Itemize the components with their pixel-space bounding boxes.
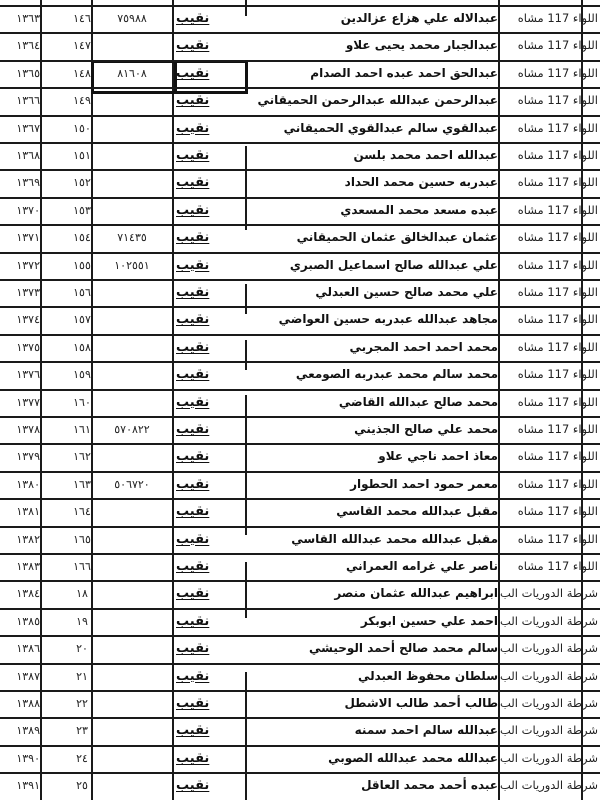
rank: نقيب [174, 197, 236, 224]
rank: نقيب [174, 5, 236, 32]
roster-table: ١٣٦٣ ١٤٦ ٧٥٩٨٨ نقيب عبدالاله علي هزاع عز… [0, 0, 600, 800]
seq-total: ١٣٧٨ [2, 416, 40, 443]
person-name: ابراهيم عبدالله عثمان منصر [250, 580, 500, 607]
seq-total: ١٣٧١ [2, 224, 40, 251]
person-name: مجاهد عبدالله عبدربه حسين العواضي [250, 306, 500, 333]
rank: نقيب [174, 608, 236, 635]
seq-total: ١٣٧٥ [2, 334, 40, 361]
unit-name: اللواء 117 مشاه [500, 498, 600, 525]
table-row: ١٣٦٣ ١٤٦ ٧٥٩٨٨ نقيب عبدالاله علي هزاع عز… [0, 5, 600, 32]
person-name: عبدالجبار محمد يحيى علاو [250, 32, 500, 59]
military-number [92, 717, 172, 744]
rank: نقيب [174, 87, 236, 114]
seq-total: ١٣٨١ [2, 498, 40, 525]
military-number [92, 334, 172, 361]
person-name: معمر حمود احمد الحطوار [250, 471, 500, 498]
unit-name: اللواء 117 مشاه [500, 142, 600, 169]
seq-total: ١٣٦٥ [2, 60, 40, 87]
table-row: ١٣٦٨ ١٥١ نقيب عبدالله احمد محمد بلسن الل… [0, 142, 600, 169]
person-name: علي عبدالله صالح اسماعيل الصبري [250, 252, 500, 279]
seq-total: ١٣٨٧ [2, 663, 40, 690]
person-name: ناصر علي غرامه العمراني [250, 553, 500, 580]
rank: نقيب [174, 498, 236, 525]
military-number: ١٠٢٥٥١ [92, 252, 172, 279]
table-row: ١٣٧٠ ١٥٣ نقيب عبده مسعد محمد المسعدي الل… [0, 197, 600, 224]
military-number: ٥٧٠٨٢٢ [92, 416, 172, 443]
table-row: ١٣٧٣ ١٥٦ نقيب علي محمد صالح حسين العبدلي… [0, 279, 600, 306]
person-name: سالم محمد صالح أحمد الوحيشي [250, 635, 500, 662]
military-number [92, 608, 172, 635]
seq-total: ١٣٧٢ [2, 252, 40, 279]
rank: نقيب [174, 690, 236, 717]
seq-total: ١٣٨٨ [2, 690, 40, 717]
military-number [92, 526, 172, 553]
person-name: مقبل عبدالله محمد القاسي [250, 498, 500, 525]
seq-total: ١٣٧٩ [2, 443, 40, 470]
rank: نقيب [174, 279, 236, 306]
military-number [92, 690, 172, 717]
person-name: محمد علي صالح الجذيني [250, 416, 500, 443]
seq-total: ١٣٨٣ [2, 553, 40, 580]
military-number: ٥٠٦٧٢٠ [92, 471, 172, 498]
person-name: عبدربه حسين محمد الحداد [250, 169, 500, 196]
table-row: ١٣٧٦ ١٥٩ نقيب محمد سالم محمد عبدربه الصو… [0, 361, 600, 388]
table-row: ١٣٧٤ ١٥٧ نقيب مجاهد عبدالله عبدربه حسين … [0, 306, 600, 333]
table-row: ١٣٧٧ ١٦٠ نقيب محمد صالح عبدالله القاضي ا… [0, 389, 600, 416]
unit-name: اللواء 117 مشاه [500, 334, 600, 361]
person-name: عبده أحمد محمد العاقل [250, 772, 500, 799]
rank: نقيب [174, 224, 236, 251]
person-name: عبدالله سالم احمد سمنه [250, 717, 500, 744]
unit-name: اللواء 117 مشاه [500, 471, 600, 498]
rank: نقيب [174, 115, 236, 142]
unit-name: اللواء 117 مشاه [500, 361, 600, 388]
unit-name: شرطة الدوريات الب [470, 580, 600, 607]
military-number [92, 306, 172, 333]
table-row: ١٣٨٥ ١٩ نقيب احمد علي حسين ابوبكر شرطة ا… [0, 608, 600, 635]
rank: نقيب [174, 580, 236, 607]
rank: نقيب [174, 416, 236, 443]
table-row: ١٣٨٩ ٢٣ نقيب عبدالله سالم احمد سمنه شرطة… [0, 717, 600, 744]
military-number [92, 279, 172, 306]
unit-name: اللواء 117 مشاه [500, 443, 600, 470]
unit-name: شرطة الدوريات الب [470, 663, 600, 690]
person-name: طالب أحمد طالب الاشطل [250, 690, 500, 717]
rank: نقيب [174, 471, 236, 498]
rank: نقيب [174, 334, 236, 361]
unit-name: شرطة الدوريات الب [470, 745, 600, 772]
seq-total: ١٣٨٢ [2, 526, 40, 553]
rank: نقيب [174, 169, 236, 196]
unit-name: اللواء 117 مشاه [500, 87, 600, 114]
person-name: محمد احمد احمد المجربي [250, 334, 500, 361]
table-row: ١٣٨٧ ٢١ نقيب سلطان محفوظ العبدلي شرطة ال… [0, 663, 600, 690]
seq-total: ١٣٦٤ [2, 32, 40, 59]
military-number [92, 553, 172, 580]
military-number [92, 745, 172, 772]
unit-name: اللواء 117 مشاه [500, 553, 600, 580]
person-name: عبدالحق احمد عبده احمد الصدام [250, 60, 500, 87]
person-name: محمد سالم محمد عبدربه الصومعي [250, 361, 500, 388]
military-number [92, 389, 172, 416]
rank: نقيب [174, 745, 236, 772]
seq-total: ١٣٧٣ [2, 279, 40, 306]
unit-name: شرطة الدوريات الب [470, 635, 600, 662]
unit-name: اللواء 117 مشاه [500, 252, 600, 279]
unit-name: اللواء 117 مشاه [500, 32, 600, 59]
military-number [92, 443, 172, 470]
table-row: ١٣٨٠ ١٦٣ ٥٠٦٧٢٠ نقيب معمر حمود احمد الحط… [0, 471, 600, 498]
seq-total: ١٣٦٣ [2, 5, 40, 32]
table-row: ١٣٧٢ ١٥٥ ١٠٢٥٥١ نقيب علي عبدالله صالح اس… [0, 252, 600, 279]
seq-total: ١٣٨٩ [2, 717, 40, 744]
military-number [92, 115, 172, 142]
person-name: معاذ احمد ناجي علاو [250, 443, 500, 470]
table-row: ١٣٧٥ ١٥٨ نقيب محمد احمد احمد المجربي الل… [0, 334, 600, 361]
person-name: سلطان محفوظ العبدلي [250, 663, 500, 690]
person-name: احمد علي حسين ابوبكر [250, 608, 500, 635]
rank: نقيب [174, 306, 236, 333]
unit-name: اللواء 117 مشاه [500, 169, 600, 196]
rank: نقيب [174, 553, 236, 580]
seq-total: ١٣٨٠ [2, 471, 40, 498]
military-number [92, 635, 172, 662]
seq-total: ١٣٦٧ [2, 115, 40, 142]
unit-name: اللواء 117 مشاه [500, 389, 600, 416]
table-row: ١٣٦٩ ١٥٢ نقيب عبدربه حسين محمد الحداد ال… [0, 169, 600, 196]
unit-name: شرطة الدوريات الب [470, 690, 600, 717]
seq-total: ١٣٨٥ [2, 608, 40, 635]
rank: نقيب [174, 60, 236, 87]
unit-name: اللواء 117 مشاه [500, 306, 600, 333]
unit-name: اللواء 117 مشاه [500, 416, 600, 443]
military-number [92, 498, 172, 525]
military-number [92, 169, 172, 196]
unit-name: اللواء 117 مشاه [500, 526, 600, 553]
person-name: مقبل عبدالله محمد عبدالله القاسي [250, 526, 500, 553]
rank: نقيب [174, 142, 236, 169]
military-number [92, 32, 172, 59]
military-number: ٧١٤٣٥ [92, 224, 172, 251]
military-number [92, 663, 172, 690]
military-number [92, 580, 172, 607]
table-row: ١٣٧٨ ١٦١ ٥٧٠٨٢٢ نقيب محمد علي صالح الجذي… [0, 416, 600, 443]
person-name: عبدالاله علي هزاع عزالدين [250, 5, 500, 32]
unit-name: اللواء 117 مشاه [500, 5, 600, 32]
table-row: ١٣٧٩ ١٦٢ نقيب معاذ احمد ناجي علاو اللواء… [0, 443, 600, 470]
person-name: عبدالرحمن عبدالله عبدالرحمن الحميقاني [250, 87, 500, 114]
table-row: ١٣٨٢ ١٦٥ نقيب مقبل عبدالله محمد عبدالله … [0, 526, 600, 553]
unit-name: شرطة الدوريات الب [470, 717, 600, 744]
table-row: ١٣٦٦ ١٤٩ نقيب عبدالرحمن عبدالله عبدالرحم… [0, 87, 600, 114]
rank: نقيب [174, 252, 236, 279]
table-row: ١٣٨١ ١٦٤ نقيب مقبل عبدالله محمد القاسي ا… [0, 498, 600, 525]
unit-name: شرطة الدوريات الب [470, 772, 600, 799]
table-row: ١٣٩٠ ٢٤ نقيب عبدالله محمد عبدالله الصوبي… [0, 745, 600, 772]
unit-name: اللواء 117 مشاه [500, 197, 600, 224]
rank: نقيب [174, 635, 236, 662]
rank: نقيب [174, 717, 236, 744]
military-number [92, 772, 172, 799]
seq-total: ١٣٧٤ [2, 306, 40, 333]
seq-total: ١٣٩٠ [2, 745, 40, 772]
unit-name: اللواء 117 مشاه [500, 224, 600, 251]
seq-total: ١٣٧٠ [2, 197, 40, 224]
table-row: ١٣٨٣ ١٦٦ نقيب ناصر علي غرامه العمراني ال… [0, 553, 600, 580]
table-row: ١٣٨٦ ٢٠ نقيب سالم محمد صالح أحمد الوحيشي… [0, 635, 600, 662]
rank: نقيب [174, 663, 236, 690]
person-name: عبدالقوي سالم عبدالقوي الحميقاني [250, 115, 500, 142]
person-name: محمد صالح عبدالله القاضي [250, 389, 500, 416]
rank: نقيب [174, 389, 236, 416]
table-row: ١٣٦٤ ١٤٧ نقيب عبدالجبار محمد يحيى علاو ا… [0, 32, 600, 59]
military-number [92, 197, 172, 224]
unit-name: شرطة الدوريات الب [470, 608, 600, 635]
unit-name: اللواء 117 مشاه [500, 60, 600, 87]
table-row: ١٣٩١ ٢٥ نقيب عبده أحمد محمد العاقل شرطة … [0, 772, 600, 799]
person-name: عبده مسعد محمد المسعدي [250, 197, 500, 224]
person-name: عبدالله احمد محمد بلسن [250, 142, 500, 169]
table-row: ١٣٨٨ ٢٢ نقيب طالب أحمد طالب الاشطل شرطة … [0, 690, 600, 717]
seq-total: ١٣٦٩ [2, 169, 40, 196]
rank: نقيب [174, 32, 236, 59]
person-name: عبدالله محمد عبدالله الصوبي [250, 745, 500, 772]
seq-total: ١٣٦٦ [2, 87, 40, 114]
table-row: ١٣٧١ ١٥٤ ٧١٤٣٥ نقيب عثمان عبدالخالق عثما… [0, 224, 600, 251]
seq-total: ١٣٨٤ [2, 580, 40, 607]
table-row: ١٣٦٧ ١٥٠ نقيب عبدالقوي سالم عبدالقوي الح… [0, 115, 600, 142]
military-number [92, 142, 172, 169]
military-number: ٨١٦٠٨ [92, 60, 172, 87]
rank: نقيب [174, 361, 236, 388]
unit-name: اللواء 117 مشاه [500, 279, 600, 306]
unit-name: اللواء 117 مشاه [500, 115, 600, 142]
table-row: ١٣٦٥ ١٤٨ ٨١٦٠٨ نقيب عبدالحق احمد عبده اح… [0, 60, 600, 87]
seq-total: ١٣٧٧ [2, 389, 40, 416]
table-row: ١٣٨٤ ١٨ نقيب ابراهيم عبدالله عثمان منصر … [0, 580, 600, 607]
military-number [92, 361, 172, 388]
seq-total: ١٣٩١ [2, 772, 40, 799]
military-number [92, 87, 172, 114]
seq-total: ١٣٧٦ [2, 361, 40, 388]
rank: نقيب [174, 526, 236, 553]
rank: نقيب [174, 443, 236, 470]
military-number: ٧٥٩٨٨ [92, 5, 172, 32]
person-name: علي محمد صالح حسين العبدلي [250, 279, 500, 306]
seq-total: ١٣٦٨ [2, 142, 40, 169]
seq-total: ١٣٨٦ [2, 635, 40, 662]
rank: نقيب [174, 772, 236, 799]
person-name: عثمان عبدالخالق عثمان الحميقاني [250, 224, 500, 251]
